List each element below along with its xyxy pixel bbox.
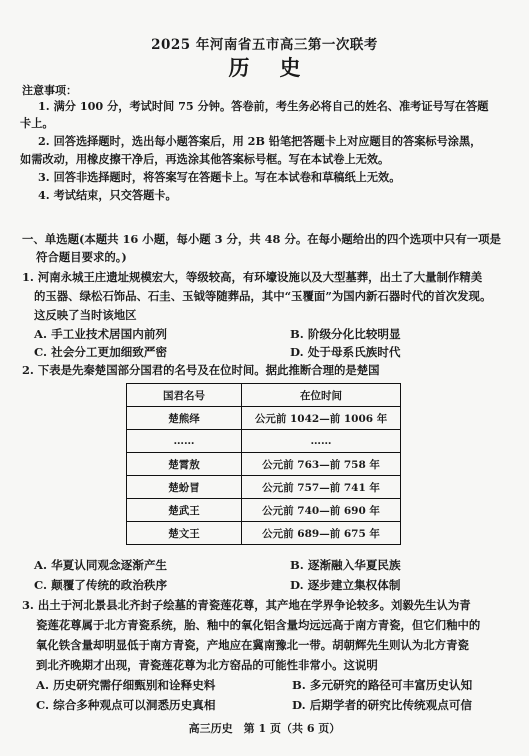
question-1-option-d: D. 处于母系氏族时代 [290,345,400,359]
table-row: 楚蚡冒 公元前 757—前 741 年 [127,476,401,499]
exam-title: 2025 年河南省五市高三第一次联考 [0,33,529,53]
question-3-stem: 3. 出土于河北景县北齐封子绘墓的青瓷莲花尊，其产地在学界争论较多。刘毅先生认为… [22,598,471,612]
question-2-option-b: B. 逐渐融入华夏民族 [290,558,401,572]
table-cell: 楚蚡冒 [127,476,242,499]
page-footer: 高三历史 第 1 页（共 6 页） [0,720,529,736]
table-header-row: 国君名号 在位时间 [127,384,401,407]
question-3-option-b: B. 多元研究的路径可丰富历史认知 [292,678,472,692]
notice-line: 4. 考试结束，只交答题卡。 [38,188,177,202]
table-row: 楚武王 公元前 740—前 690 年 [127,499,401,522]
question-2-option-a: A. 华夏认同观念逐渐产生 [34,558,167,572]
table-cell: 楚文王 [127,522,242,545]
table-header: 在位时间 [242,384,401,407]
notice-line: 3. 回答非选择题时，将答案写在答题卡上。写在本试卷和草稿纸上无效。 [38,170,400,184]
notice-line: 卡上。 [20,116,54,130]
table-row: 楚熊绎 公元前 1042—前 1006 年 [127,407,401,430]
table-cell: 公元前 763—前 758 年 [242,453,401,476]
table-row: 楚文王 公元前 689—前 675 年 [127,522,401,545]
section-heading-cont: 符合题目要求的。) [36,250,127,264]
table-cell: 公元前 1042—前 1006 年 [242,407,401,430]
question-1-stem: 这反映了当时该地区 [34,308,137,322]
notice-line: 如需改动，用橡皮擦干净后，再选涂其他答案标号框。写在本试卷上无效。 [20,152,389,166]
question-3-option-c: C. 综合多种观点可以洞悉历史真相 [36,698,215,712]
table-row: 楚霄敖 公元前 763—前 758 年 [127,453,401,476]
notice-heading: 注意事项： [22,82,77,98]
question-1-option-c: C. 社会分工更加细致严密 [34,345,167,359]
table-row: …… …… [127,430,401,453]
table-cell: 楚武王 [127,499,242,522]
question-2-stem: 2. 下表是先秦楚国部分国君的名号及在位时间。据此推断合理的是楚国 [22,363,380,377]
exam-page: 2025 年河南省五市高三第一次联考 历史 注意事项： 1. 满分 100 分，… [0,0,529,756]
table-cell: 楚熊绎 [127,407,242,430]
table-cell: …… [127,430,242,453]
reign-table: 国君名号 在位时间 楚熊绎 公元前 1042—前 1006 年 …… …… 楚霄… [126,383,401,545]
question-2-option-d: D. 逐步建立集权体制 [290,578,400,592]
question-3-stem: 到北齐晚期才出现，青瓷莲花尊为北方窑品的可能性非常小。这说明 [36,658,378,672]
question-3-stem: 氧化铁含量却明显低于南方青瓷，产地应在冀南豫北一带。胡朝辉先生则认为北方青瓷 [36,638,469,652]
question-3-option-a: A. 历史研究需仔细甄别和诠释史料 [36,678,215,692]
table-cell: …… [242,430,401,453]
table-cell: 公元前 689—前 675 年 [242,522,401,545]
table-cell: 楚霄敖 [127,453,242,476]
section-heading: 一、单选题(本题共 16 小题，每小题 3 分，共 48 分。在每小题给出的四个… [22,232,501,246]
notice-line: 2. 回答选择题时，选出每小题答案后，用 2B 铅笔把答题卡上对应题目的答案标号… [38,134,481,148]
question-1-option-a: A. 手工业技术居国内前列 [34,327,167,341]
table-cell: 公元前 740—前 690 年 [242,499,401,522]
question-1-stem: 1. 河南永城王庄遗址规模宏大，等级较高，有环壕设施以及大型墓葬，出土了大量制作… [22,270,482,284]
question-3-stem: 瓷莲花尊属于北方青瓷系统，胎、釉中的氧化铝含量均远远高于南方青瓷，但它们釉中的 [36,618,480,632]
table-cell: 公元前 757—前 741 年 [242,476,401,499]
question-3-option-d: D. 后期学者的研究比传统观点可信 [292,698,472,712]
subject-title: 历史 [0,52,529,82]
table-header: 国君名号 [127,384,242,407]
notice-line: 1. 满分 100 分，考试时间 75 分钟。答卷前，考生务必将自己的姓名、准考… [38,99,488,113]
question-1-option-b: B. 阶级分化比较明显 [290,327,401,341]
question-2-option-c: C. 颠覆了传统的政治秩序 [34,578,167,592]
question-1-stem: 的玉器、绿松石饰品、石圭、玉钺等随葬品，其中“玉覆面”为国内新石器时代的首次发现… [34,289,491,303]
